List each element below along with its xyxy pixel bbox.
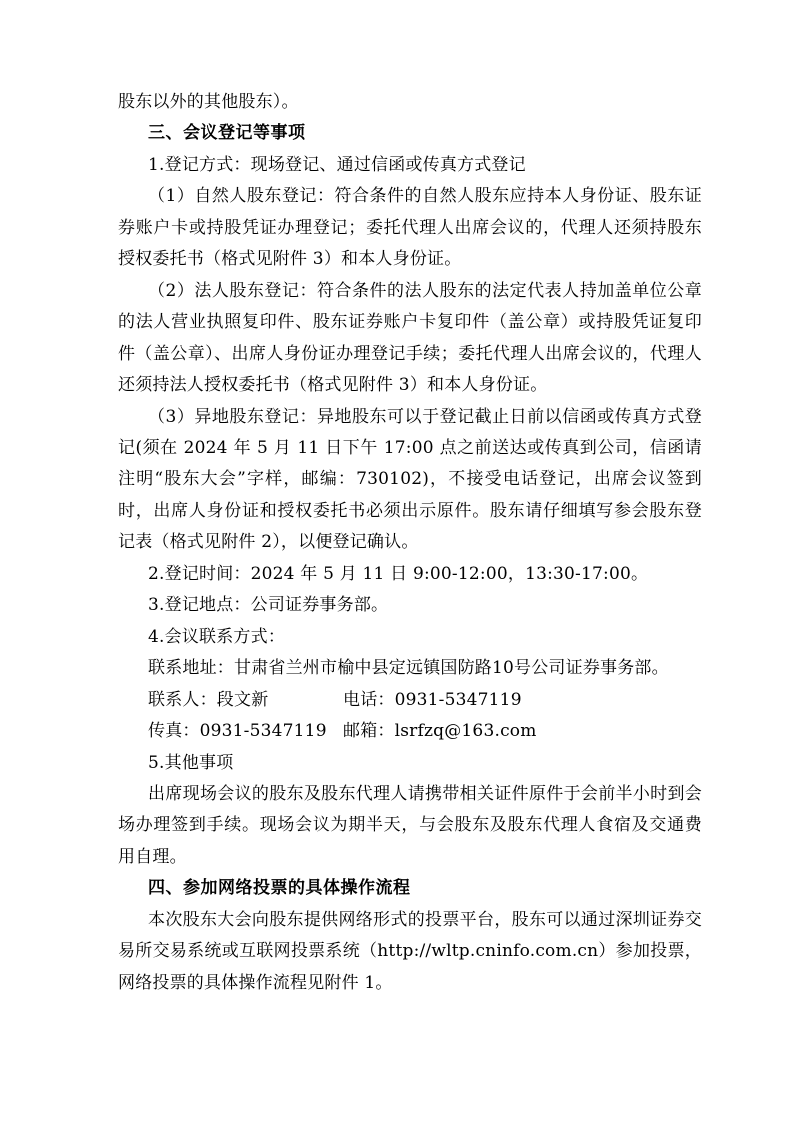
paragraph-contact-method-title: 4.会议联系方式： [118, 622, 702, 653]
paragraph-registration-method: 1.登记方式：现场登记、通过信函或传真方式登记 [118, 150, 702, 181]
paragraph-other-matters-title: 5.其他事项 [118, 748, 702, 779]
paragraph-registration-place: 3.登记地点：公司证券事务部。 [118, 590, 702, 621]
paragraph-remote-shareholder-registration: （3）异地股东登记：异地股东可以于登记截止日前以信函或传真方式登记(须在 202… [118, 402, 702, 559]
contact-row-person-phone: 联系人：段文新 电话：0931-5347119 [118, 685, 702, 716]
paragraph-contact-address: 联系地址：甘肃省兰州市榆中县定远镇国防路10号公司证券事务部。 [118, 653, 702, 684]
contact-row-fax-email: 传真：0931-5347119 邮箱：lsrfzq@163.com [118, 716, 702, 747]
document-body: 股东以外的其他股东）。 三、会议登记等事项 1.登记方式：现场登记、通过信函或传… [118, 87, 702, 999]
paragraph-registration-time: 2.登记时间：2024 年 5 月 11 日 9:00-12:00，13:30-… [118, 559, 702, 590]
contact-fax: 传真：0931-5347119 [148, 716, 343, 747]
paragraph-online-voting-body: 本次股东大会向股东提供网络形式的投票平台，股东可以通过深圳证券交易所交易系统或互… [118, 905, 702, 999]
document-page: 股东以外的其他股东）。 三、会议登记等事项 1.登记方式：现场登记、通过信函或传… [0, 0, 794, 1122]
contact-email: 邮箱：lsrfzq@163.com [343, 716, 702, 747]
paragraph-other-matters-body: 出席现场会议的股东及股东代理人请携带相关证件原件于会前半小时到会场办理签到手续。… [118, 779, 702, 873]
paragraph-continuation: 股东以外的其他股东）。 [118, 87, 702, 118]
contact-phone: 电话：0931-5347119 [343, 685, 702, 716]
contact-person: 联系人：段文新 [148, 685, 343, 716]
paragraph-legal-person-registration: （2）法人股东登记：符合条件的法人股东的法定代表人持加盖单位公章的法人营业执照复… [118, 276, 702, 402]
paragraph-natural-person-registration: （1）自然人股东登记：符合条件的自然人股东应持本人身份证、股东证券账户卡或持股凭… [118, 181, 702, 275]
section-heading-registration: 三、会议登记等事项 [118, 118, 702, 149]
section-heading-online-voting: 四、参加网络投票的具体操作流程 [118, 873, 702, 904]
